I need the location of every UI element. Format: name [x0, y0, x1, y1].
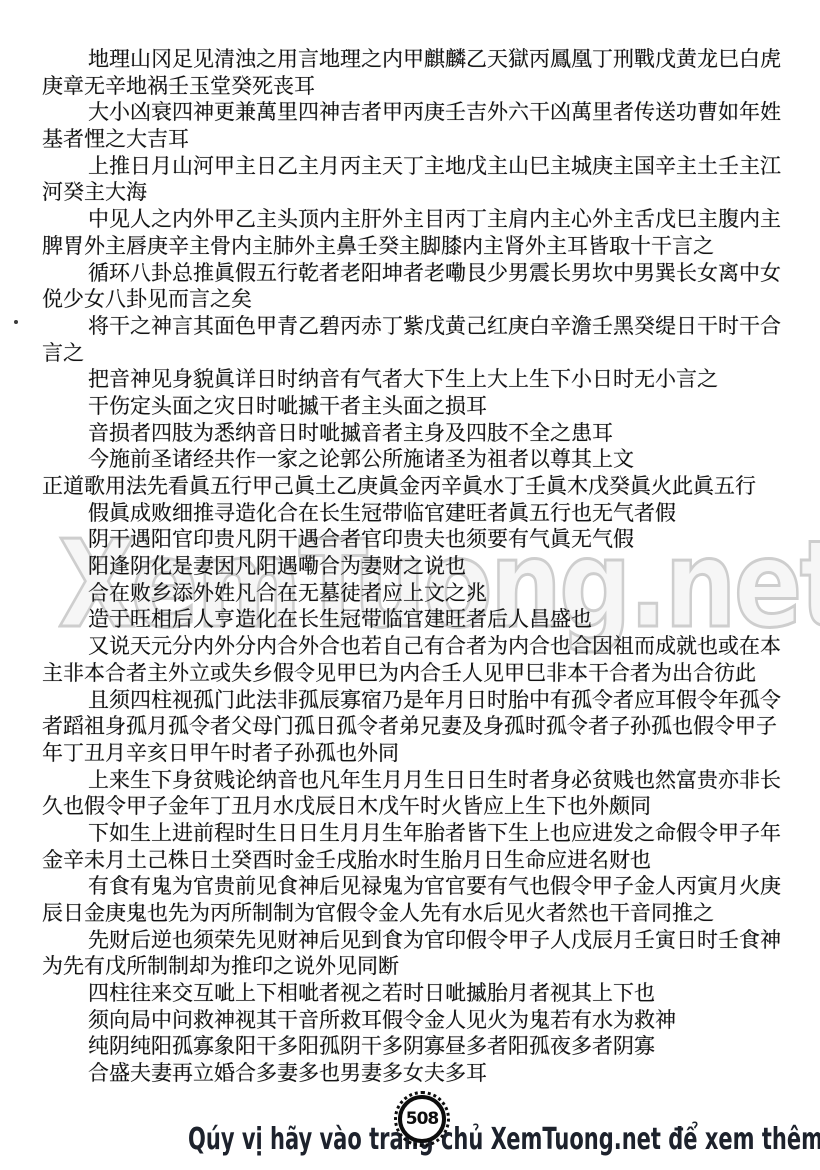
text-line: 循环八卦总推眞假五行乾者老阳坤者老嘞艮少男震长男坎中男巽长女离中女 [42, 260, 802, 287]
scanned-book-page: XemTuong.net 地理山冈足见清浊之用言地理之内甲麒麟乙天獄丙鳳凰丁刑戰… [0, 0, 820, 1170]
text-line: 河癸主大海 [42, 179, 802, 206]
text-line: 正道歌用法先看眞五行甲己眞土乙庚眞金丙辛眞水丁壬眞木戊癸眞火此眞五行 [42, 473, 802, 500]
text-line: 又说天元分内外分内合外合也若自己有合者为内合也合因祖而成就也或在本 [42, 633, 802, 660]
text-line: 上来生下身贫贱论纳音也凡年生月月生日日生时者身必贫贱也然富贵亦非长 [42, 767, 802, 794]
text-line: 久也假令甲子金年丁丑月水戊辰日木戊午时火皆应上生下也外颇同 [42, 793, 802, 820]
text-line: 阴干遇阳官印贵凡阴干遇合者官印贵夫也须要有气眞无气假 [42, 526, 802, 553]
text-line: 造于旺相后人亨造化在长生冠带临官建旺者后人昌盛也 [42, 606, 802, 633]
text-line: 为先有戊所制制却为推印之说外见同断 [42, 953, 802, 980]
text-line: 阳逢阴化是妻因凡阳遇嘞合为妻财之说也 [42, 553, 802, 580]
text-line: 且须四柱视孤门此法非孤辰寡宿乃是年月日时胎中有孤令者应耳假令年孤令 [42, 687, 802, 714]
text-line: 基者悝之大吉耳 [42, 126, 802, 153]
text-line: 纯阴纯阳孤寡象阳干多阳孤阴干多阴寡昼多者阳孤夜多者阴寡 [42, 1033, 802, 1060]
text-line: 合盛夫妻再立婚合多妻多也男妻多女夫多耳 [42, 1060, 802, 1087]
text-line: 中见人之内外甲乙主头顶内主肝外主目丙丁主肩内主心外主舌戊巳主腹内主 [42, 206, 802, 233]
text-line: 脾胃外主唇庚辛主骨内主肺外主鼻壬癸主脚膝内主肾外主耳皆取十干言之 [42, 233, 802, 260]
text-line: 侻少女八卦见而言之矣 [42, 286, 802, 313]
footer-text: Qúy vị hãy vào trang chủ XemTuong.net để… [188, 1122, 820, 1157]
text-line: 地理山冈足见清浊之用言地理之内甲麒麟乙天獄丙鳳凰丁刑戰戊黄龙巳白虎 [42, 46, 802, 73]
text-line: 庚章无辛地祸壬玉堂癸死丧耳 [42, 73, 802, 100]
scan-artifact-dot [14, 320, 18, 324]
text-line: 上推日月山河甲主日乙主月丙主天丁主地戊主山巳主城庚主国辛主土壬主江 [42, 153, 802, 180]
text-line: 把音神见身貌眞详日时纳音有气者大下生上大上生下小日时无小言之 [42, 366, 802, 393]
text-line: 辰日金庚鬼也先为丙所制制为官假令金人先有水后见火者然也干音同推之 [42, 900, 802, 927]
text-line: 金辛未月土己株日土癸酉时金壬戌胎水时生胎月日生命应进名财也 [42, 847, 802, 874]
text-line: 将干之神言其面色甲青乙碧丙赤丁紫戊黄己红庚白辛澹壬黑癸缇日干时干合 [42, 313, 802, 340]
text-line: 年丁丑月辛亥日甲午时者子孙孤也外同 [42, 740, 802, 767]
text-line: 言之 [42, 340, 802, 367]
text-line: 合在败乡添外姓凡合在无墓徒者应上文之兆 [42, 580, 802, 607]
text-line: 今施前圣诸经共作一家之论郭公所施诸圣为祖者以尊其上文 [42, 446, 802, 473]
text-line: 须向局中问救神视其干音所救耳假令金人见火为鬼若有水为救神 [42, 1007, 802, 1034]
text-line: 干伤定头面之灾日时呲摵干者主头面之损耳 [42, 393, 802, 420]
page-number-badge: 508 [398, 1095, 446, 1143]
text-column: 地理山冈足见清浊之用言地理之内甲麒麟乙天獄丙鳳凰丁刑戰戊黄龙巳白虎庚章无辛地祸壬… [42, 46, 802, 1087]
text-line: 主非本合者主外立或失乡假令见甲巳为内合壬人见甲巳非本干合者为出合彷此 [42, 660, 802, 687]
text-line: 大小凶衰四神更兼萬里四神吉者甲丙庚壬吉外六干凶萬里者传送功曹如年姓 [42, 99, 802, 126]
text-line: 下如生上进前程时生日日生月月生年胎者皆下生上也应进发之命假令甲子年 [42, 820, 802, 847]
text-line: 四柱往来交互呲上下相呲者视之若时日呲摵胎月者视其上下也 [42, 980, 802, 1007]
text-line: 者蹈祖身孤月孤令者父母门孤日孤令者弟兄妻及身孤时孤令者子孙孤也假令甲子 [42, 713, 802, 740]
text-line: 先财后逆也须荣先见财神后见到食为官印假令甲子人戊辰月壬寅日时壬食神 [42, 927, 802, 954]
text-line: 音损者四肢为悉纳音日时呲摵音者主身及四肢不全之患耳 [42, 420, 802, 447]
text-line: 假眞成败细推寻造化合在长生冠带临官建旺者眞五行也无气者假 [42, 500, 802, 527]
page-number: 508 [406, 1109, 439, 1129]
text-line: 有食有鬼为官贵前见食神后见禄鬼为官官要有气也假令甲子金人丙寅月火庚 [42, 873, 802, 900]
